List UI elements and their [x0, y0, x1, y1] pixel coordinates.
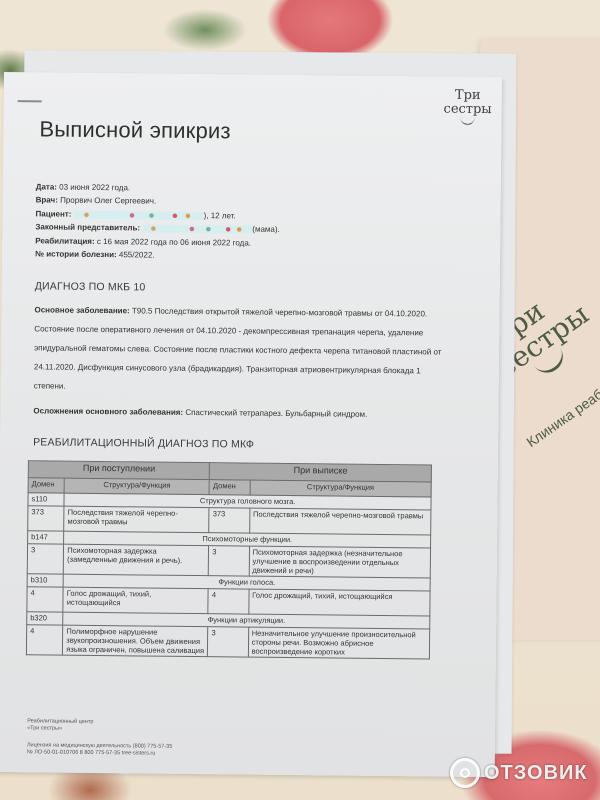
patient-meta: Дата: 03 июня 2022 года. Врач: Прорвич О…	[35, 180, 280, 263]
footer-license-number: № ЛО-50-01-010706 8 800 775-57-35 tree-s…	[27, 749, 172, 758]
table-row: 4Полиморфное нарушение звукопроизношения…	[26, 625, 429, 659]
admission-domain: 4	[27, 587, 64, 612]
meta-history-number: № истории болезни: 455/2022.	[35, 247, 280, 263]
staple-icon	[18, 100, 42, 102]
group-header-admission: При поступлении	[28, 461, 210, 480]
admission-structure: Последствия тяжелой черепно-мозговой тра…	[64, 506, 209, 533]
complications: Осложнения основного заболевания: Спасти…	[33, 406, 367, 418]
watermark-text: ОТЗОВИК	[484, 762, 588, 785]
section-code: b320	[27, 612, 63, 625]
mkf-heading: РЕАБИЛИТАЦИОННЫЙ ДИАГНОЗ ПО МКФ	[33, 436, 254, 450]
document-footer: Реабилитационный центр «Три сестры» Лице…	[27, 718, 173, 758]
discharge-structure: Незначительное улучшение произносительно…	[248, 627, 430, 659]
discharge-structure: Последствия тяжелой черепно-мозговой тра…	[249, 508, 431, 535]
discharge-domain: 3	[208, 627, 249, 657]
admission-structure: Голос дрожащий, тихий, истощающийся	[63, 587, 208, 614]
discharge-domain: 4	[208, 589, 249, 614]
col-header-structure: Структура/Функция	[64, 478, 209, 495]
document-title: Выписной эпикриз	[39, 116, 231, 144]
col-header-domain: Домен	[209, 480, 249, 495]
admission-structure: Психомоторная задержка (замедленные движ…	[64, 544, 209, 576]
footer-center-brand: «Три сестры»	[27, 725, 172, 734]
section-code: b147	[28, 531, 64, 544]
col-header-domain: Домен	[28, 478, 64, 493]
discharge-domain: 3	[209, 546, 250, 576]
icf-table: При поступлении При выписке Домен Структ…	[26, 460, 432, 659]
redaction-mark	[74, 210, 204, 219]
otzovik-logo-icon	[450, 758, 480, 788]
section-code: b310	[27, 574, 63, 587]
discharge-structure: Голос дрожащий, тихий, истощающийся	[248, 589, 430, 616]
mkb-heading: ДИАГНОЗ ПО МКБ 10	[35, 280, 146, 293]
clinic-logo: Три сестры	[437, 89, 497, 126]
logo-line2: сестры	[443, 101, 491, 117]
smile-icon	[460, 118, 474, 125]
admission-domain: 3	[27, 544, 64, 574]
table-row: 3Психомоторная задержка (замедленные дви…	[27, 544, 430, 578]
admission-structure: Полиморфное нарушение звукопроизношения.…	[63, 625, 208, 657]
admission-domain: 4	[26, 625, 63, 655]
admission-domain: 373	[28, 506, 65, 531]
discharge-document: Три сестры Выписной эпикриз Дата: 03 июн…	[0, 72, 502, 777]
redaction-mark	[142, 225, 252, 234]
otzovik-watermark: ОТЗОВИК	[450, 758, 588, 788]
main-disease: Основное заболевание: Т90.5 Последствия …	[34, 300, 455, 399]
discharge-structure: Психомоторная задержка (незначительное у…	[249, 546, 431, 578]
section-code: s110	[28, 493, 64, 506]
discharge-domain: 373	[209, 508, 250, 533]
